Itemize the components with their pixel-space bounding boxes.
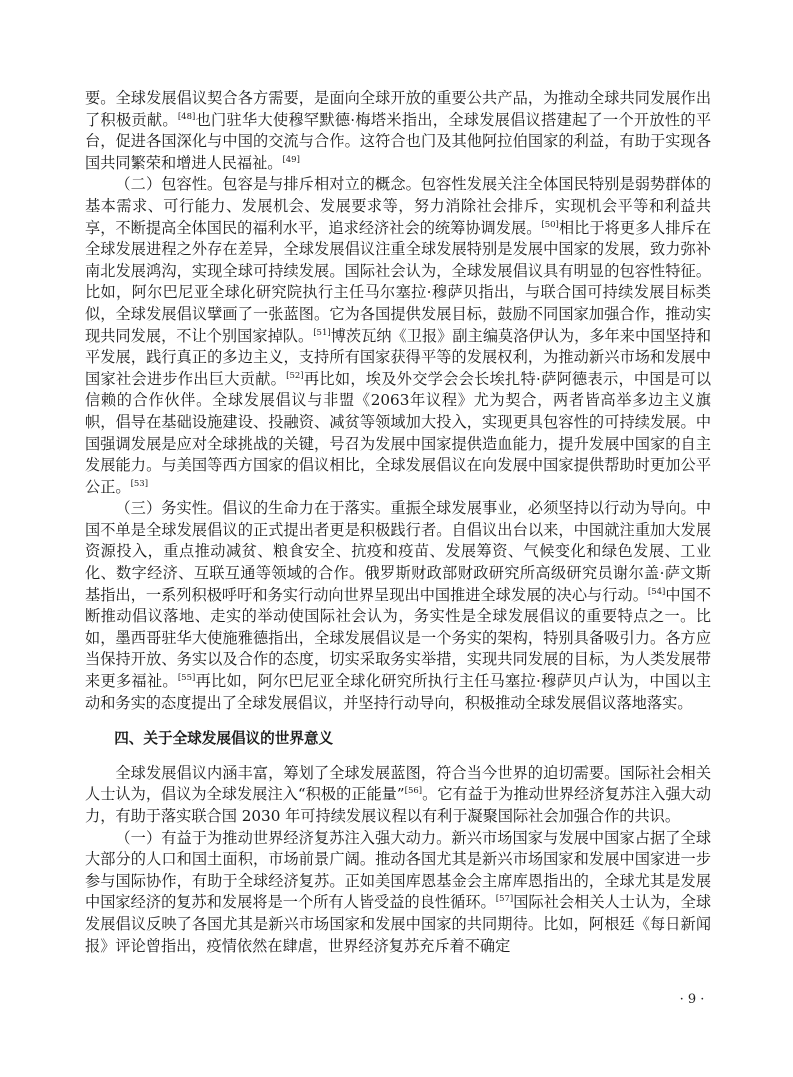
- text-run: 再比如，埃及外交学会会长埃扎特·萨阿德表示，中国是可以信赖的合作伙伴。全球发展倡…: [85, 370, 711, 496]
- paragraph-recovery: （一）有益于为推动世界经济复苏注入强大动力。新兴市场国家与发展中国家占据了全球大…: [85, 828, 711, 958]
- body-text-section-4: 全球发展倡议内涵丰富，筹划了全球发展蓝图，符合当今世界的迫切需要。国际社会相关人…: [85, 763, 711, 957]
- footnote-citation[interactable]: [55]: [178, 673, 195, 683]
- footnote-citation[interactable]: [50]: [541, 220, 558, 230]
- footnote-citation[interactable]: [56]: [405, 786, 422, 796]
- footnote-citation[interactable]: [48]: [178, 112, 195, 122]
- footnote-citation[interactable]: [51]: [313, 328, 330, 338]
- section-heading: 四、关于全球发展倡议的世界意义: [85, 728, 711, 750]
- footnote-citation[interactable]: [57]: [496, 894, 513, 904]
- body-text-section-3: 要。全球发展倡议契合各方需要，是面向全球开放的重要公共产品，为推动全球共同发展作…: [85, 88, 711, 714]
- paragraph-pragmatic: （三）务实性。倡议的生命力在于落实。重振全球发展事业，必须坚持以行动为导向。中国…: [85, 498, 711, 714]
- paragraph-cont: 要。全球发展倡议契合各方需要，是面向全球开放的重要公共产品，为推动全球共同发展作…: [85, 88, 711, 174]
- text-run: （三）务实性。倡议的生命力在于落实。重振全球发展事业，必须坚持以行动为导向。中国…: [85, 499, 711, 603]
- paragraph-inclusive: （二）包容性。包容是与排斥相对立的概念。包容性发展关注全体国民特别是弱势群体的基…: [85, 174, 711, 498]
- footnote-citation[interactable]: [53]: [131, 479, 148, 489]
- footnote-citation[interactable]: [54]: [648, 587, 665, 597]
- page-number: · 9 ·: [672, 992, 712, 1007]
- document-page: 要。全球发展倡议契合各方需要，是面向全球开放的重要公共产品，为推动全球共同发展作…: [85, 88, 711, 957]
- footnote-citation[interactable]: [52]: [286, 371, 303, 381]
- footnote-citation[interactable]: [49]: [282, 155, 299, 165]
- paragraph-intro4: 全球发展倡议内涵丰富，筹划了全球发展蓝图，符合当今世界的迫切需要。国际社会相关人…: [85, 763, 711, 828]
